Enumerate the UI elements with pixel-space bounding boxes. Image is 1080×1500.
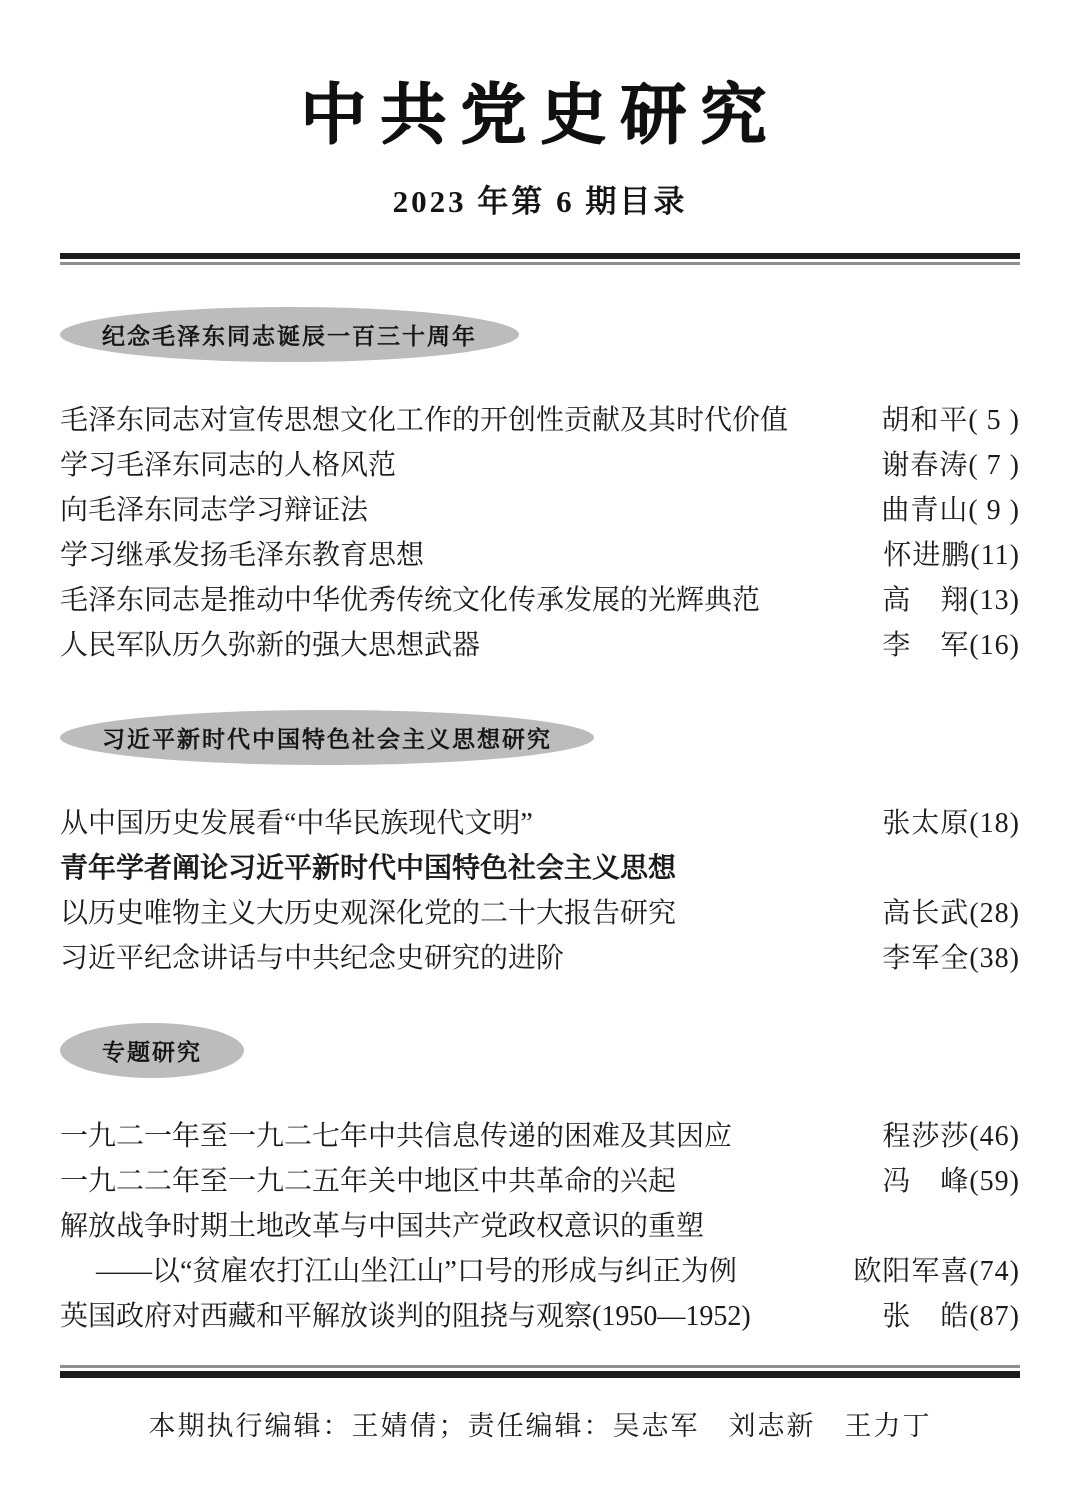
- article-author-page: 高 翔(13): [882, 578, 1020, 623]
- article-row: 以历史唯物主义大历史观深化党的二十大报告研究高长武(28): [60, 891, 1020, 936]
- article-title: 一九二二年至一九二五年关中地区中共革命的兴起: [60, 1159, 676, 1204]
- article-author-page: 怀进鹏(11): [883, 533, 1020, 578]
- article-title: 一九二一年至一九二七年中共信息传递的困难及其因应: [60, 1114, 732, 1159]
- article-row: 毛泽东同志是推动中华优秀传统文化传承发展的光辉典范高 翔(13): [60, 578, 1020, 623]
- section: 纪念毛泽东同志诞辰一百三十周年毛泽东同志对宣传思想文化工作的开创性贡献及其时代价…: [60, 307, 1020, 668]
- article-author-page: 李 军(16): [882, 623, 1020, 668]
- article-author-page: 李军全(38): [882, 936, 1020, 981]
- article-row: 学习继承发扬毛泽东教育思想怀进鹏(11): [60, 533, 1020, 578]
- article-title: 从中国历史发展看“中华民族现代文明”: [60, 801, 533, 846]
- article-title: 学习继承发扬毛泽东教育思想: [60, 533, 424, 578]
- double-rule-top: [60, 253, 1020, 265]
- footer-editors: 本期执行编辑：王婧倩；责任编辑：吴志军 刘志新 王力丁: [60, 1404, 1020, 1443]
- article-title: 以历史唯物主义大历史观深化党的二十大报告研究: [60, 891, 676, 936]
- article-author-page: 高长武(28): [882, 891, 1020, 936]
- article-title: 毛泽东同志对宣传思想文化工作的开创性贡献及其时代价值: [60, 398, 788, 443]
- article-title: 向毛泽东同志学习辩证法: [60, 488, 368, 533]
- section-badge: 纪念毛泽东同志诞辰一百三十周年: [60, 307, 519, 362]
- article-title: 学习毛泽东同志的人格风范: [60, 443, 396, 488]
- section-badge: 专题研究: [60, 1023, 244, 1078]
- article-row: 从中国历史发展看“中华民族现代文明”张太原(18): [60, 801, 1020, 846]
- article-row: 一九二一年至一九二七年中共信息传递的困难及其因应程莎莎(46): [60, 1114, 1020, 1159]
- article-row: 习近平纪念讲话与中共纪念史研究的进阶李军全(38): [60, 936, 1020, 981]
- article-row: 青年学者阐论习近平新时代中国特色社会主义思想: [60, 846, 1020, 891]
- article-row: 人民军队历久弥新的强大思想武器李 军(16): [60, 623, 1020, 668]
- article-author-page: 胡和平( 5 ): [881, 398, 1020, 443]
- article-author-page: 张太原(18): [882, 801, 1020, 846]
- article-author-page: 谢春涛( 7 ): [881, 443, 1020, 488]
- article-row: 英国政府对西藏和平解放谈判的阻挠与观察(1950—1952)张 皓(87): [60, 1294, 1020, 1339]
- article-list: 从中国历史发展看“中华民族现代文明”张太原(18)青年学者阐论习近平新时代中国特…: [60, 801, 1020, 981]
- article-author-page: 冯 峰(59): [882, 1159, 1020, 1204]
- article-title: 解放战争时期土地改革与中国共产党政权意识的重塑: [60, 1204, 704, 1249]
- section: 专题研究一九二一年至一九二七年中共信息传递的困难及其因应程莎莎(46)一九二二年…: [60, 1023, 1020, 1339]
- article-row: 毛泽东同志对宣传思想文化工作的开创性贡献及其时代价值胡和平( 5 ): [60, 398, 1020, 443]
- article-author-page: 程莎莎(46): [882, 1114, 1020, 1159]
- double-rule-bottom: [60, 1365, 1020, 1378]
- sections-container: 纪念毛泽东同志诞辰一百三十周年毛泽东同志对宣传思想文化工作的开创性贡献及其时代价…: [60, 307, 1020, 1339]
- article-row: 一九二二年至一九二五年关中地区中共革命的兴起冯 峰(59): [60, 1159, 1020, 1204]
- article-title: 人民军队历久弥新的强大思想武器: [60, 623, 480, 668]
- article-list: 毛泽东同志对宣传思想文化工作的开创性贡献及其时代价值胡和平( 5 )学习毛泽东同…: [60, 398, 1020, 668]
- article-author-page: 曲青山( 9 ): [881, 488, 1020, 533]
- article-title: 青年学者阐论习近平新时代中国特色社会主义思想: [60, 846, 676, 891]
- section: 习近平新时代中国特色社会主义思想研究从中国历史发展看“中华民族现代文明”张太原(…: [60, 710, 1020, 981]
- article-author-page: 欧阳军喜(74): [853, 1249, 1020, 1294]
- toc-page: 中共党史研究 2023 年第 6 期目录 纪念毛泽东同志诞辰一百三十周年毛泽东同…: [0, 0, 1080, 1443]
- article-row: 学习毛泽东同志的人格风范谢春涛( 7 ): [60, 443, 1020, 488]
- article-row: 解放战争时期土地改革与中国共产党政权意识的重塑: [60, 1204, 1020, 1249]
- journal-title: 中共党史研究: [60, 0, 1020, 154]
- article-author-page: 张 皓(87): [882, 1294, 1020, 1339]
- article-list: 一九二一年至一九二七年中共信息传递的困难及其因应程莎莎(46)一九二二年至一九二…: [60, 1114, 1020, 1339]
- article-title: 英国政府对西藏和平解放谈判的阻挠与观察(1950—1952): [60, 1294, 751, 1339]
- issue-caption: 2023 年第 6 期目录: [60, 176, 1020, 221]
- article-title: 习近平纪念讲话与中共纪念史研究的进阶: [60, 936, 564, 981]
- article-title: 毛泽东同志是推动中华优秀传统文化传承发展的光辉典范: [60, 578, 760, 623]
- article-row: ——以“贫雇农打江山坐江山”口号的形成与纠正为例欧阳军喜(74): [60, 1249, 1020, 1294]
- article-row: 向毛泽东同志学习辩证法曲青山( 9 ): [60, 488, 1020, 533]
- article-title: ——以“贫雇农打江山坐江山”口号的形成与纠正为例: [60, 1249, 737, 1294]
- section-badge: 习近平新时代中国特色社会主义思想研究: [60, 710, 594, 765]
